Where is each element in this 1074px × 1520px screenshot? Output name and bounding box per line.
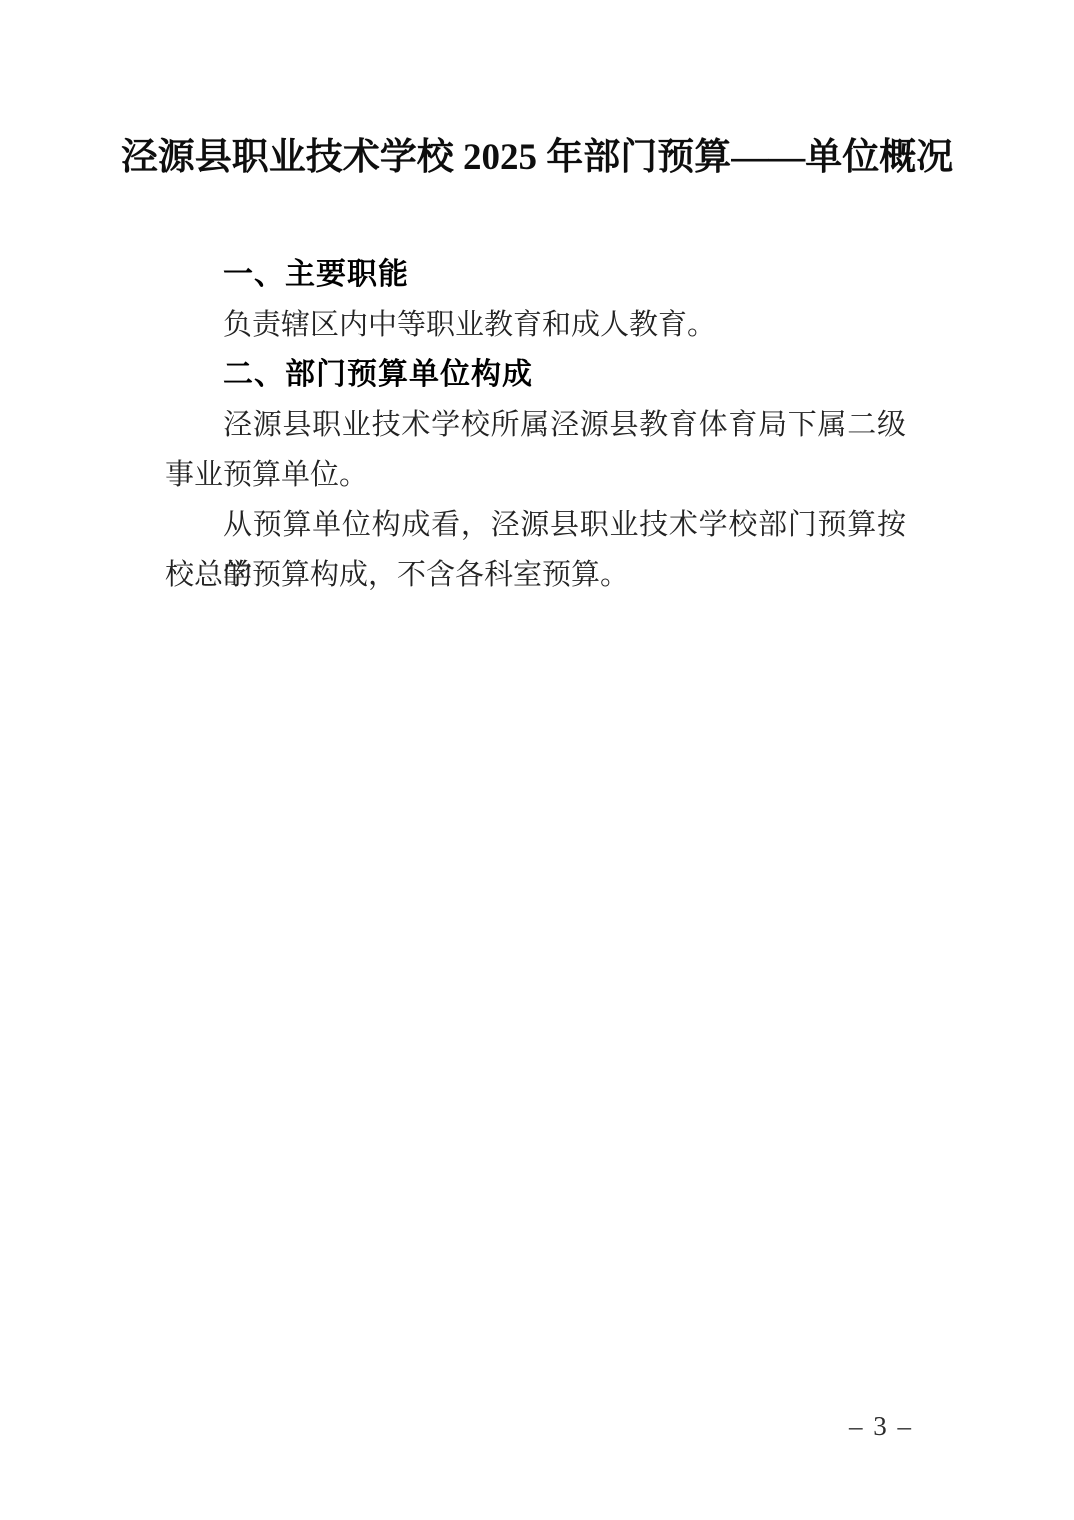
section-heading-budget-unit-composition: 二、部门预算单位构成	[165, 350, 906, 400]
section-heading-main-functions: 一、主要职能	[165, 250, 906, 300]
paragraph-line: 泾源县职业技术学校所属泾源县教育体育局下属二级	[165, 400, 906, 450]
document-page: 泾源县职业技术学校 2025 年部门预算——单位概况 一、主要职能 负责辖区内中…	[0, 0, 1074, 1520]
paragraph-line: 负责辖区内中等职业教育和成人教育。	[165, 300, 906, 350]
paragraph-line: 校总的预算构成，不含各科室预算。	[165, 550, 906, 600]
document-title: 泾源县职业技术学校 2025 年部门预算——单位概况	[0, 134, 1074, 182]
paragraph-line: 事业预算单位。	[165, 450, 906, 500]
page-number: – 3 –	[840, 1410, 922, 1442]
paragraph-line: 从预算单位构成看，泾源县职业技术学校部门预算按学	[165, 500, 906, 550]
document-body: 一、主要职能 负责辖区内中等职业教育和成人教育。 二、部门预算单位构成 泾源县职…	[165, 250, 906, 600]
